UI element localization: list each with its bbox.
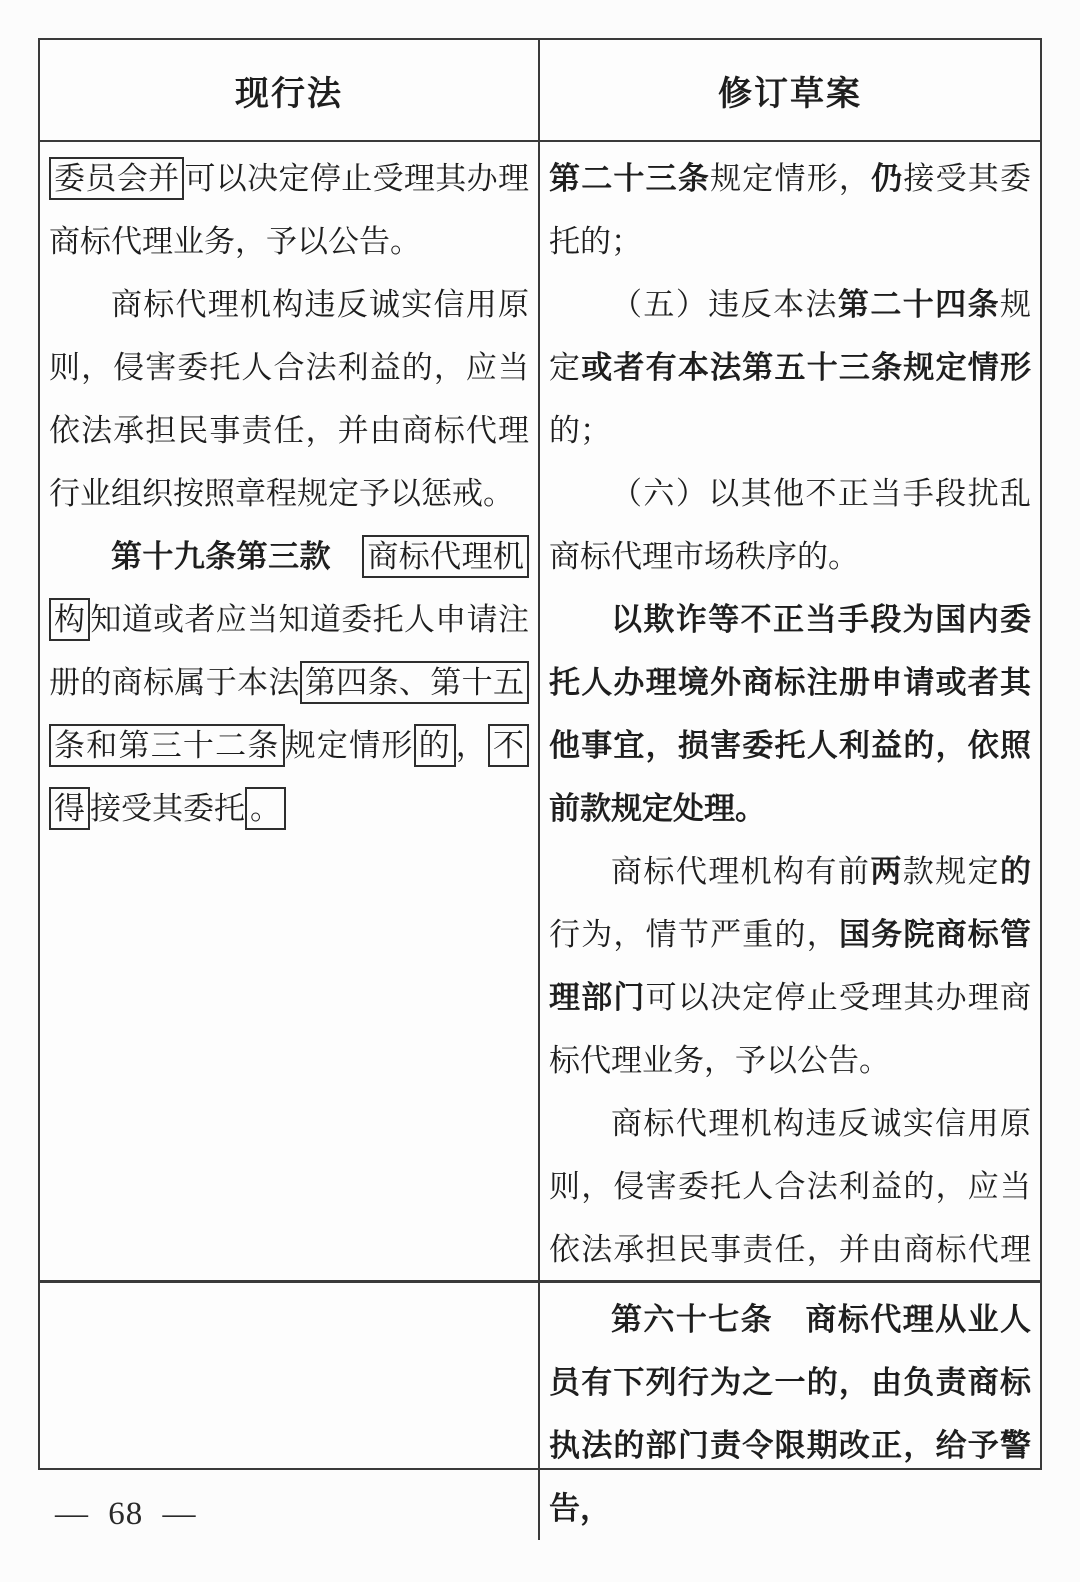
paragraph: （五）违反本法第二十四条规定或者有本法第五十三条规定情形的； bbox=[549, 273, 1031, 462]
page-number: — 68 — bbox=[55, 1496, 197, 1533]
added-text: 第二十四条 bbox=[838, 287, 1000, 322]
text-run: 行为，情节严重的， bbox=[549, 917, 839, 952]
paragraph: 以欺诈等不正当手段为国内委托人办理境外商标注册申请或者其他事宜，损害委托人利益的… bbox=[549, 588, 1031, 840]
paragraph: 第十九条第三款 商标代理机构知道或者应当知道委托人申请注册的商标属于本法第四条、… bbox=[49, 525, 529, 840]
paragraph: 商标代理机构违反诚实信用原则，侵害委托人合法利益的，应当依法承担民事责任，并由商… bbox=[49, 273, 529, 525]
added-text: 第二十三条 bbox=[549, 161, 710, 196]
table-body-row-1: 委员会并可以决定停止受理其办理商标代理业务，予以公告。商标代理机构违反诚实信用原… bbox=[40, 142, 1040, 1280]
text-run: 规定情形， bbox=[710, 161, 871, 196]
paragraph: 商标代理机构有前两款规定的行为，情节严重的，国务院商标管理部门可以决定停止受理其… bbox=[549, 840, 1031, 1092]
text-run: 接受其委托 bbox=[90, 791, 245, 826]
cell-current-law-row-1: 委员会并可以决定停止受理其办理商标代理业务，予以公告。商标代理机构违反诚实信用原… bbox=[40, 142, 540, 1280]
text-run: （五）违反本法 bbox=[611, 287, 838, 322]
document-page: 现行法 修订草案 委员会并可以决定停止受理其办理商标代理业务，予以公告。商标代理… bbox=[0, 0, 1080, 1582]
header-current-law: 现行法 bbox=[40, 40, 540, 140]
deleted-text-box: 委员会并 bbox=[49, 157, 184, 200]
paragraph: 委员会并可以决定停止受理其办理商标代理业务，予以公告。 bbox=[49, 147, 529, 273]
text-run: 的； bbox=[549, 413, 611, 448]
paragraph: 第二十三条规定情形，仍接受其委托的； bbox=[549, 147, 1031, 273]
cell-revision-draft-row-1: 第二十三条规定情形，仍接受其委托的；（五）违反本法第二十四条规定或者有本法第五十… bbox=[540, 142, 1040, 1280]
text-run: 规定情形 bbox=[285, 728, 414, 763]
paragraph: 第六十七条 商标代理从业人员有下列行为之一的，由负责商标执法的部门责令限期改正，… bbox=[549, 1288, 1031, 1540]
text-run: 款规定 bbox=[903, 854, 1000, 889]
table-header-row: 现行法 修订草案 bbox=[40, 40, 1040, 142]
deleted-text-box: 的 bbox=[414, 724, 456, 767]
text-run: ， bbox=[456, 728, 488, 763]
text-run: （六）以其他不正当手段扰乱商标代理市场秩序的。 bbox=[549, 476, 1031, 574]
text-run: 商标代理机构违反诚实信用原则，侵害委托人合法利益的，应当依法承担民事责任，并由商… bbox=[49, 287, 529, 511]
text-run: 商标代理机构有前 bbox=[611, 854, 870, 889]
paragraph: （六）以其他不正当手段扰乱商标代理市场秩序的。 bbox=[549, 462, 1031, 588]
added-text: 的 bbox=[1000, 854, 1031, 889]
cell-revision-draft-row-2: 第六十七条 商标代理从业人员有下列行为之一的，由负责商标执法的部门责令限期改正，… bbox=[540, 1283, 1040, 1540]
added-text: 第六十七条 商标代理从业人员有下列行为之一的，由负责商标执法的部门责令限期改正，… bbox=[549, 1302, 1031, 1526]
added-text: 第十九条第三款 bbox=[111, 539, 331, 574]
added-text: 仍 bbox=[871, 161, 903, 196]
comparison-table: 现行法 修订草案 委员会并可以决定停止受理其办理商标代理业务，予以公告。商标代理… bbox=[38, 38, 1042, 1470]
paragraph: 商标代理机构违反诚实信用原则，侵害委托人合法利益的，应当依法承担民事责任，并由商… bbox=[549, 1092, 1031, 1280]
header-revision-draft: 修订草案 bbox=[540, 40, 1040, 140]
text-run: 商标代理机构违反诚实信用原则，侵害委托人合法利益的，应当依法承担民事责任，并由商… bbox=[549, 1106, 1031, 1280]
added-text: 两 bbox=[870, 854, 902, 889]
text-run bbox=[331, 539, 362, 574]
added-text: 以欺诈等不正当手段为国内委托人办理境外商标注册申请或者其他事宜，损害委托人利益的… bbox=[549, 602, 1031, 826]
deleted-text-box: 。 bbox=[245, 787, 286, 830]
added-text: 或者有本法第五十三条规定情形 bbox=[581, 350, 1031, 385]
